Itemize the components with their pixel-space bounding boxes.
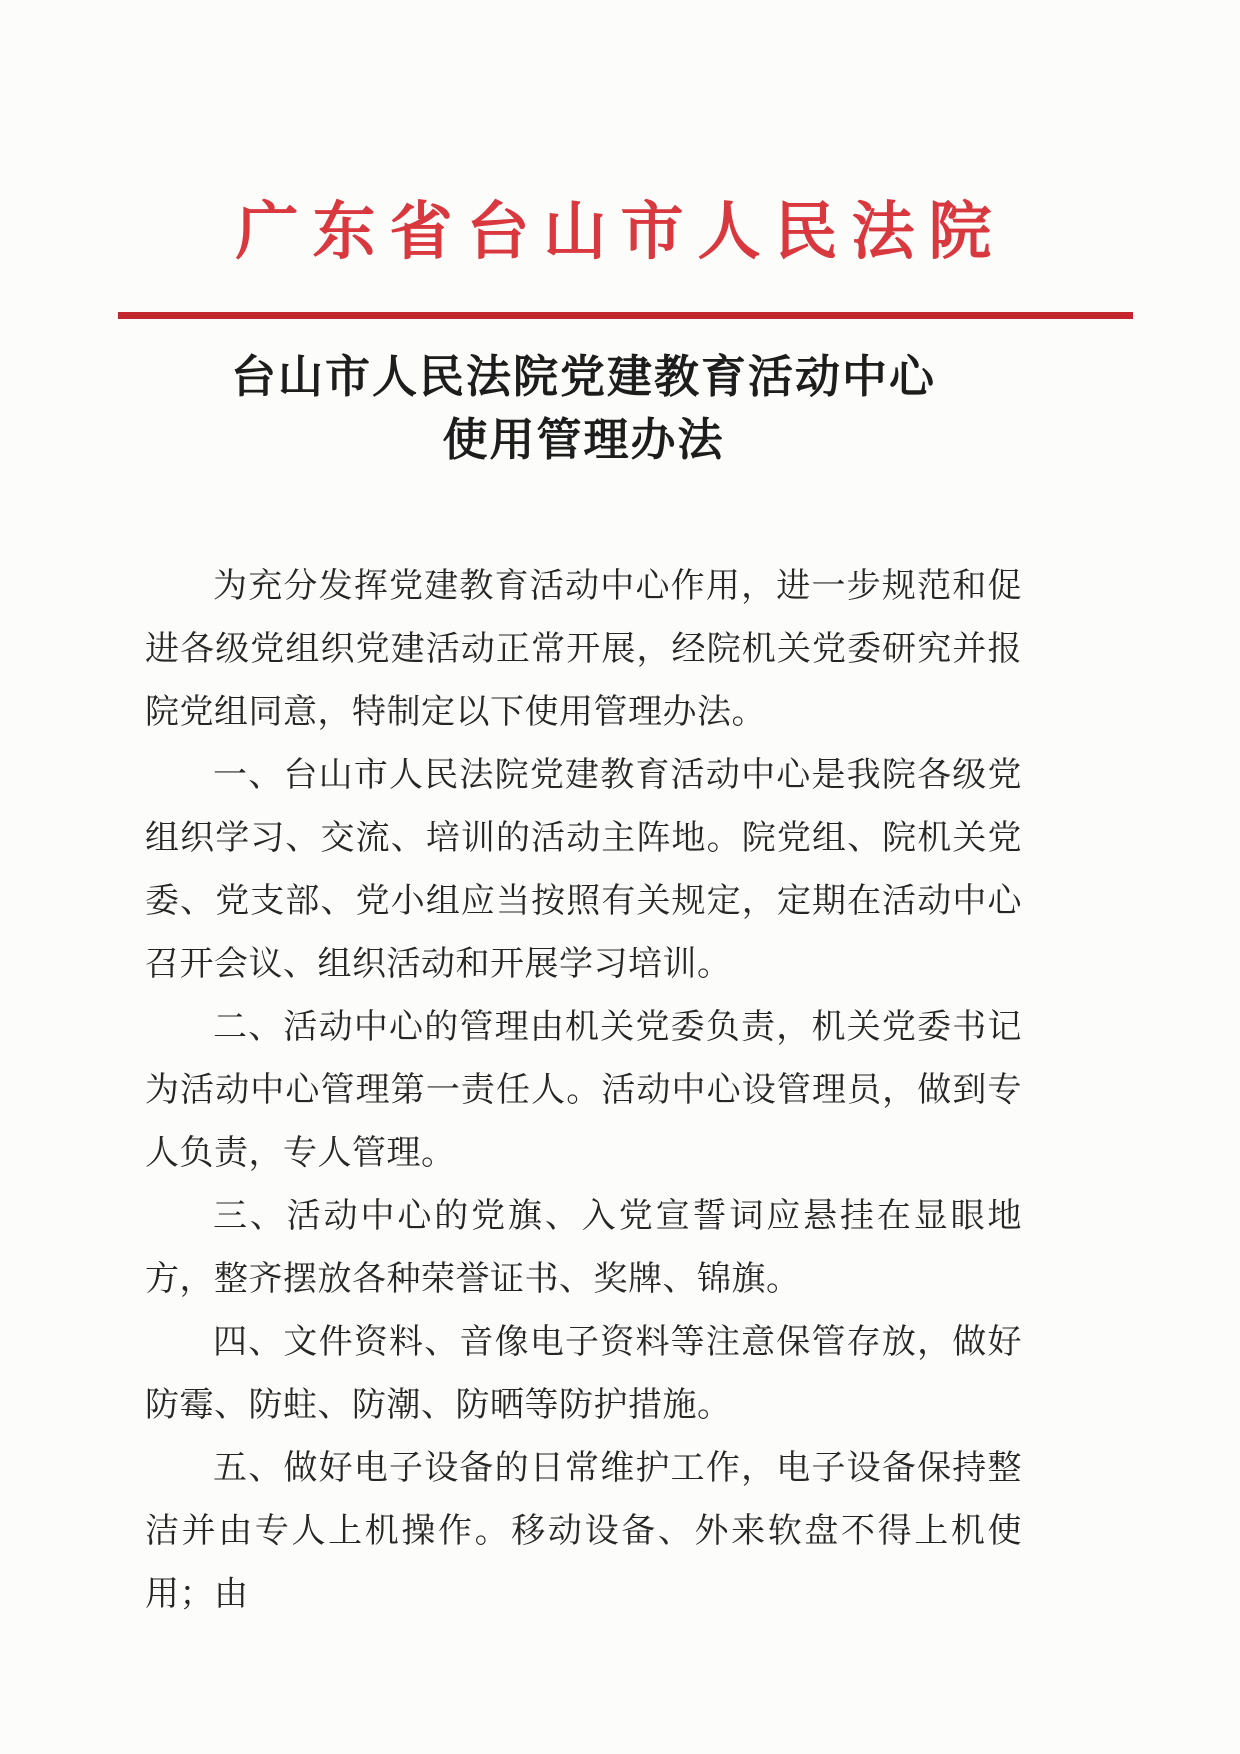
letterhead-divider-rule <box>118 312 1133 319</box>
scanned-document-page: 广东省台山市人民法院 台山市人民法院党建教育活动中心 使用管理办法 为充分发挥党… <box>0 0 1240 1754</box>
letterhead-title: 广东省台山市人民法院 <box>112 196 1129 268</box>
paragraph: 一、台山市人民法院党建教育活动中心是我院各级党组织学习、交流、培训的活动主阵地。… <box>145 744 1022 996</box>
paragraph: 二、活动中心的管理由机关党委负责，机关党委书记为活动中心管理第一责任人。活动中心… <box>145 996 1022 1185</box>
document-title: 台山市人民法院党建教育活动中心 使用管理办法 <box>145 345 1022 471</box>
paragraph: 五、做好电子设备的日常维护工作，电子设备保持整洁并由专人上机操作。移动设备、外来… <box>145 1437 1022 1626</box>
document-title-line2: 使用管理办法 <box>145 408 1022 471</box>
paragraph: 四、文件资料、音像电子资料等注意保管存放，做好防霉、防蛀、防潮、防晒等防护措施。 <box>145 1311 1022 1437</box>
document-body: 为充分发挥党建教育活动中心作用，进一步规范和促进各级党组织党建活动正常开展，经院… <box>145 555 1022 1626</box>
paragraph: 三、活动中心的党旗、入党宣誓词应悬挂在显眼地方，整齐摆放各种荣誉证书、奖牌、锦旗… <box>145 1185 1022 1311</box>
document-title-line1: 台山市人民法院党建教育活动中心 <box>145 345 1022 408</box>
paragraph: 为充分发挥党建教育活动中心作用，进一步规范和促进各级党组织党建活动正常开展，经院… <box>145 555 1022 744</box>
